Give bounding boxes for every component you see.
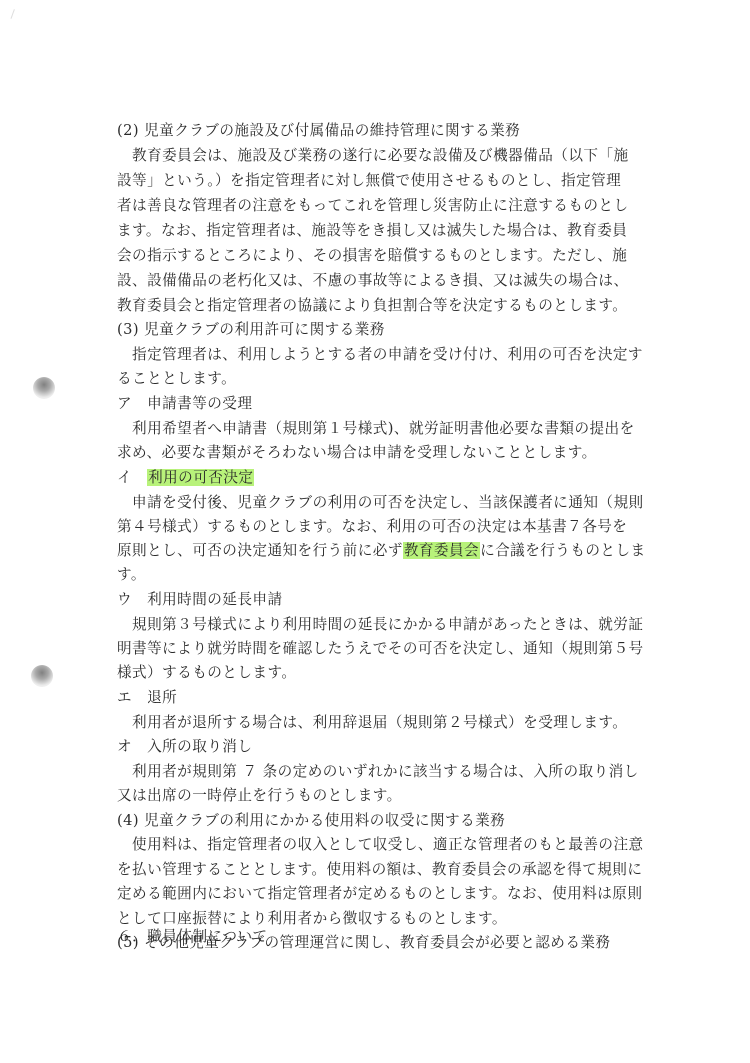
punch-hole-lower bbox=[31, 665, 53, 687]
item-o-label: オ 入所の取り消し bbox=[117, 737, 252, 757]
section-2-paragraph-line: 設、設備備品の老朽化又は、不慮の事故等によるき損、又は滅失の場合は、 bbox=[117, 271, 629, 291]
scan-corner-mark bbox=[11, 9, 21, 21]
section-3-heading: (3) 児童クラブの利用許可に関する業務 bbox=[117, 320, 385, 340]
item-i-line: 原則とし、可否の決定通知を行う前に必ず教育委員会に合議を行うものとしま bbox=[117, 541, 646, 561]
highlighted-text: 教育委員会 bbox=[403, 542, 480, 559]
item-e-line: 利用者が退所する場合は、利用辞退届（規則第２号様式）を受理します。 bbox=[117, 713, 627, 733]
section-3-paragraph-line: ることとします。 bbox=[117, 369, 236, 389]
item-a-line: 求め、必要な書類がそろわない場合は申請を受理しないこととします。 bbox=[117, 443, 597, 463]
scanned-document-page: (2) 児童クラブの施設及び付属備品の維持管理に関する業務 教育委員会は、施設及… bbox=[0, 0, 750, 1063]
section-2-paragraph-line: 教育委員会と指定管理者の協議により負担割合等を決定するものとします。 bbox=[117, 296, 627, 316]
section-4-heading: (4) 児童クラブの利用にかかる使用料の収受に関する業務 bbox=[117, 811, 505, 831]
item-u-line: 規則第３号様式により利用時間の延長にかかる申請があったときは、就労証 bbox=[117, 615, 643, 635]
section-3-paragraph-line: 指定管理者は、利用しようとする者の申請を受け付け、利用の可否を決定す bbox=[117, 345, 643, 365]
item-i-prefix: イ bbox=[117, 469, 147, 486]
section-4-paragraph-line: 定める範囲内において指定管理者が定めるものとします。なお、使用料は原則 bbox=[117, 884, 642, 904]
item-o-line: 又は出席の一時停止を行うものとします。 bbox=[117, 786, 402, 806]
item-i-label: イ 利用の可否決定 bbox=[117, 468, 254, 488]
section-2-heading: (2) 児童クラブの施設及び付属備品の維持管理に関する業務 bbox=[117, 121, 520, 141]
section-4-paragraph-line: 使用料は、指定管理者の収入として収受し、適正な管理者のもと最善の注意 bbox=[117, 835, 644, 855]
section-2-paragraph-line: 教育委員会は、施設及び業務の遂行に必要な設備及び機器備品（以下「施 bbox=[117, 146, 629, 166]
item-u-line: 明書等により就労時間を確認したうえでその可否を決定し、通知（規則第５号 bbox=[117, 639, 644, 659]
section-2-paragraph-line: 者は善良な管理者の注意をもってこれを管理し災害防止に注意するものとし bbox=[117, 196, 629, 216]
item-u-label: ウ 利用時間の延長申請 bbox=[117, 590, 282, 610]
section-2-paragraph-line: ます。なお、指定管理者は、施設等をき損し又は滅失した場合は、教育委員 bbox=[117, 221, 627, 241]
item-o-line: 利用者が規則第 ７ 条の定めのいずれかに該当する場合は、入所の取り消し bbox=[117, 762, 639, 782]
section-2-paragraph-line: 会の指示するところにより、その損害を賠償するものとします。ただし、施 bbox=[117, 246, 627, 266]
section-4-paragraph-line: を払い管理することとします。使用料の額は、教育委員会の承認を得て規則に bbox=[117, 860, 642, 880]
item-a-line: 利用希望者へ申請書（規則第１号様式)、就労証明書他必要な書類の提出を bbox=[117, 419, 635, 439]
section-6-heading: ６．職員体制について bbox=[117, 927, 268, 947]
item-i-line: 第４号様式）するものとします。なお、利用の可否の決定は本基書７各号を bbox=[117, 517, 627, 537]
section-2-paragraph-line: 設等」という。）を指定管理者に対し無償で使用させるものとし、指定管理 bbox=[117, 171, 621, 191]
punch-hole-upper bbox=[33, 377, 55, 399]
item-i-line3-after: に合議を行うものとしま bbox=[480, 542, 645, 559]
highlighted-text: 利用の可否決定 bbox=[147, 469, 254, 486]
item-i-line: す。 bbox=[117, 565, 146, 585]
item-e-label: エ 退所 bbox=[117, 688, 177, 708]
section-4-paragraph-line: として口座振替により利用者から徴収するものとします。 bbox=[117, 909, 507, 929]
item-i-line3-before: 原則とし、可否の決定通知を行う前に必ず bbox=[117, 542, 403, 559]
item-i-line: 申請を受付後、児童クラブの利用の可否を決定し、当該保護者に通知（規則 bbox=[117, 493, 644, 513]
item-u-line: 様式）するものとします。 bbox=[117, 663, 296, 683]
item-a-label: ア 申請書等の受理 bbox=[117, 394, 252, 414]
